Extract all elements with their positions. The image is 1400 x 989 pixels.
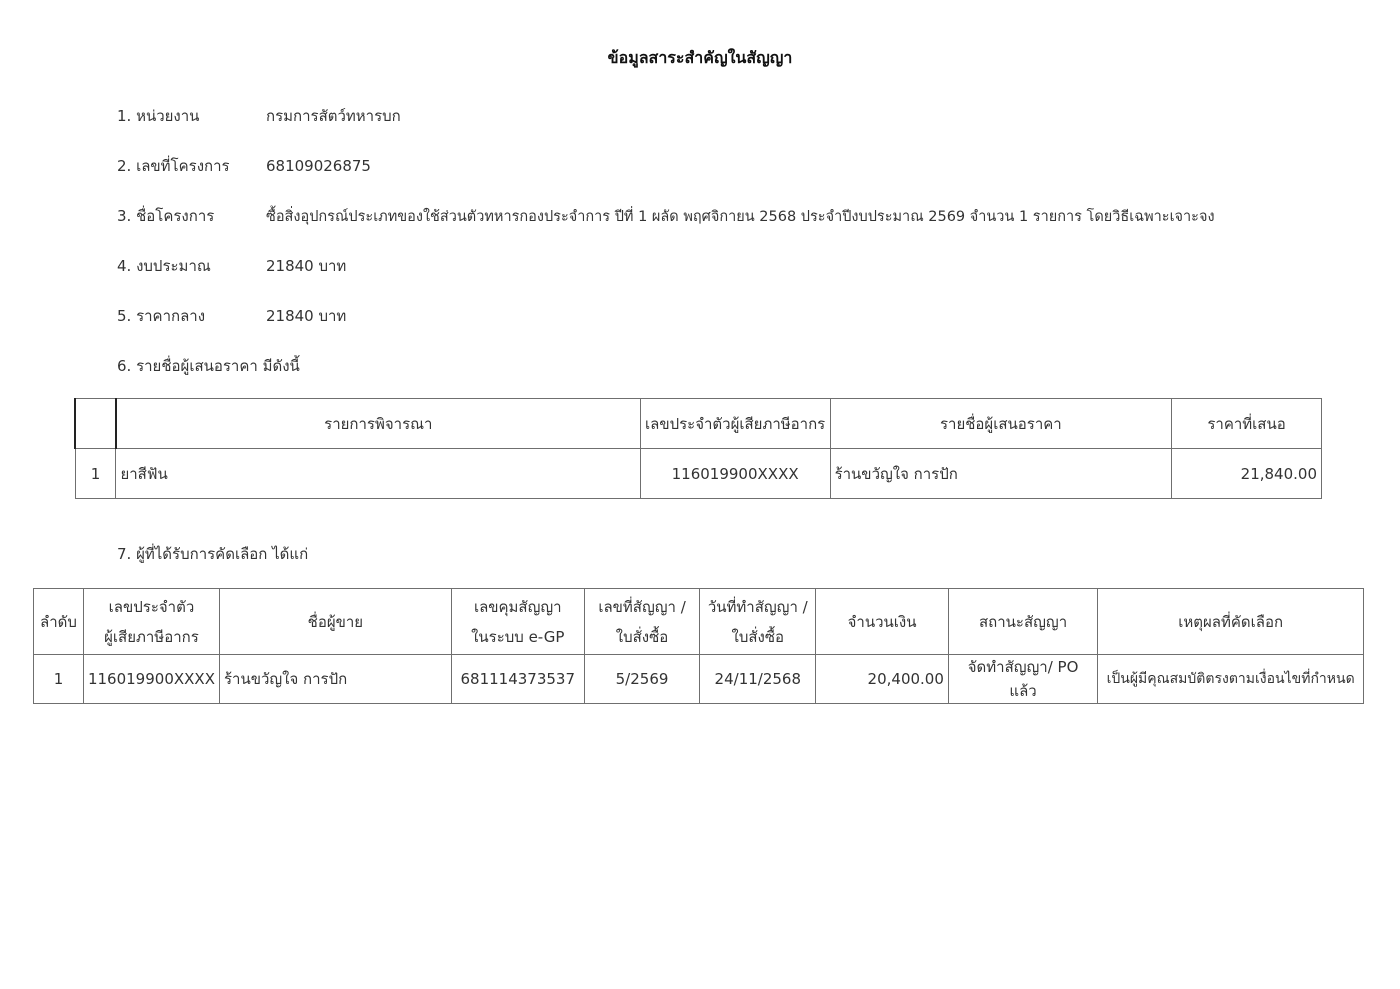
info-value: ซื้อสิ่งอุปกรณ์ประเภทของใช้ส่วนตัวทหารกอ… — [266, 205, 1215, 228]
table-header-row: รายการพิจารณา เลขประจำตัวผู้เสียภาษีอากร… — [75, 399, 1322, 449]
selection-reason: เป็นผู้มีคุณสมบัติตรงตามเงื่อนไขที่กำหนด — [1098, 655, 1364, 704]
column-header-amount: จำนวนเงิน — [816, 589, 949, 655]
winners-table: ลำดับ เลขประจำตัวผู้เสียภาษีอากร ชื่อผู้… — [33, 588, 1364, 704]
column-header-contract-no: เลขที่สัญญา /ใบสั่งซื้อ — [584, 589, 700, 655]
info-label: 1. หน่วยงาน — [117, 104, 266, 128]
table-row: 1 116019900XXXX ร้านขวัญใจ การปัก 681114… — [34, 655, 1364, 704]
offered-price: 21,840.00 — [1172, 449, 1322, 499]
column-header-order: ลำดับ — [34, 589, 84, 655]
column-header-vendor: ชื่อผู้ขาย — [219, 589, 451, 655]
info-median-price: 5. ราคากลาง21840 บาท — [117, 304, 346, 328]
info-value: 68109026875 — [266, 157, 371, 175]
winners-heading: 7. ผู้ที่ได้รับการคัดเลือก ได้แก่ — [117, 542, 308, 566]
tax-id: 116019900XXXX — [640, 449, 830, 499]
column-header: เลขประจำตัวผู้เสียภาษีอากร — [640, 399, 830, 449]
info-label: 3. ชื่อโครงการ — [117, 204, 266, 228]
column-header: รายการพิจารณา — [116, 399, 640, 449]
info-label: 4. งบประมาณ — [117, 254, 266, 278]
column-header: ราคาที่เสนอ — [1172, 399, 1322, 449]
info-label: 5. ราคากลาง — [117, 304, 266, 328]
table-row: 1 ยาสีฟัน 116019900XXXX ร้านขวัญใจ การปั… — [75, 449, 1322, 499]
info-value: 21840 บาท — [266, 304, 346, 328]
row-number: 1 — [75, 449, 116, 499]
info-project-name: 3. ชื่อโครงการซื้อสิ่งอุปกรณ์ประเภทของใช… — [117, 204, 1215, 228]
info-label: 2. เลขที่โครงการ — [117, 154, 266, 178]
item-name: ยาสีฟัน — [116, 449, 640, 499]
info-value: 21840 บาท — [266, 254, 346, 278]
bidders-heading: 6. รายชื่อผู้เสนอราคา มีดังนี้ — [117, 354, 300, 378]
tax-id: 116019900XXXX — [83, 655, 219, 704]
info-project-number: 2. เลขที่โครงการ68109026875 — [117, 154, 371, 178]
column-header: รายชื่อผู้เสนอราคา — [830, 399, 1172, 449]
column-header — [75, 399, 116, 449]
document-title: ข้อมูลสาระสำคัญในสัญญา — [0, 46, 1400, 71]
column-header-status: สถานะสัญญา — [948, 589, 1097, 655]
info-agency: 1. หน่วยงานกรมการสัตว์ทหารบก — [117, 104, 401, 128]
column-header-reason: เหตุผลที่คัดเลือก — [1098, 589, 1364, 655]
contract-number: 5/2569 — [584, 655, 700, 704]
bidders-table: รายการพิจารณา เลขประจำตัวผู้เสียภาษีอากร… — [74, 398, 1322, 499]
row-number: 1 — [34, 655, 84, 704]
column-header-egp-control: เลขคุมสัญญาในระบบ e-GP — [451, 589, 584, 655]
column-header-contract-date: วันที่ทำสัญญา /ใบสั่งซื้อ — [700, 589, 816, 655]
contract-status: จัดทำสัญญา/ PO แล้ว — [948, 655, 1097, 704]
bidder-name: ร้านขวัญใจ การปัก — [830, 449, 1172, 499]
contract-amount: 20,400.00 — [816, 655, 949, 704]
egp-control-number: 681114373537 — [451, 655, 584, 704]
vendor-name: ร้านขวัญใจ การปัก — [219, 655, 451, 704]
info-budget: 4. งบประมาณ21840 บาท — [117, 254, 346, 278]
column-header-tax-id: เลขประจำตัวผู้เสียภาษีอากร — [83, 589, 219, 655]
info-value: กรมการสัตว์ทหารบก — [266, 104, 401, 128]
contract-date: 24/11/2568 — [700, 655, 816, 704]
table-header-row: ลำดับ เลขประจำตัวผู้เสียภาษีอากร ชื่อผู้… — [34, 589, 1364, 655]
